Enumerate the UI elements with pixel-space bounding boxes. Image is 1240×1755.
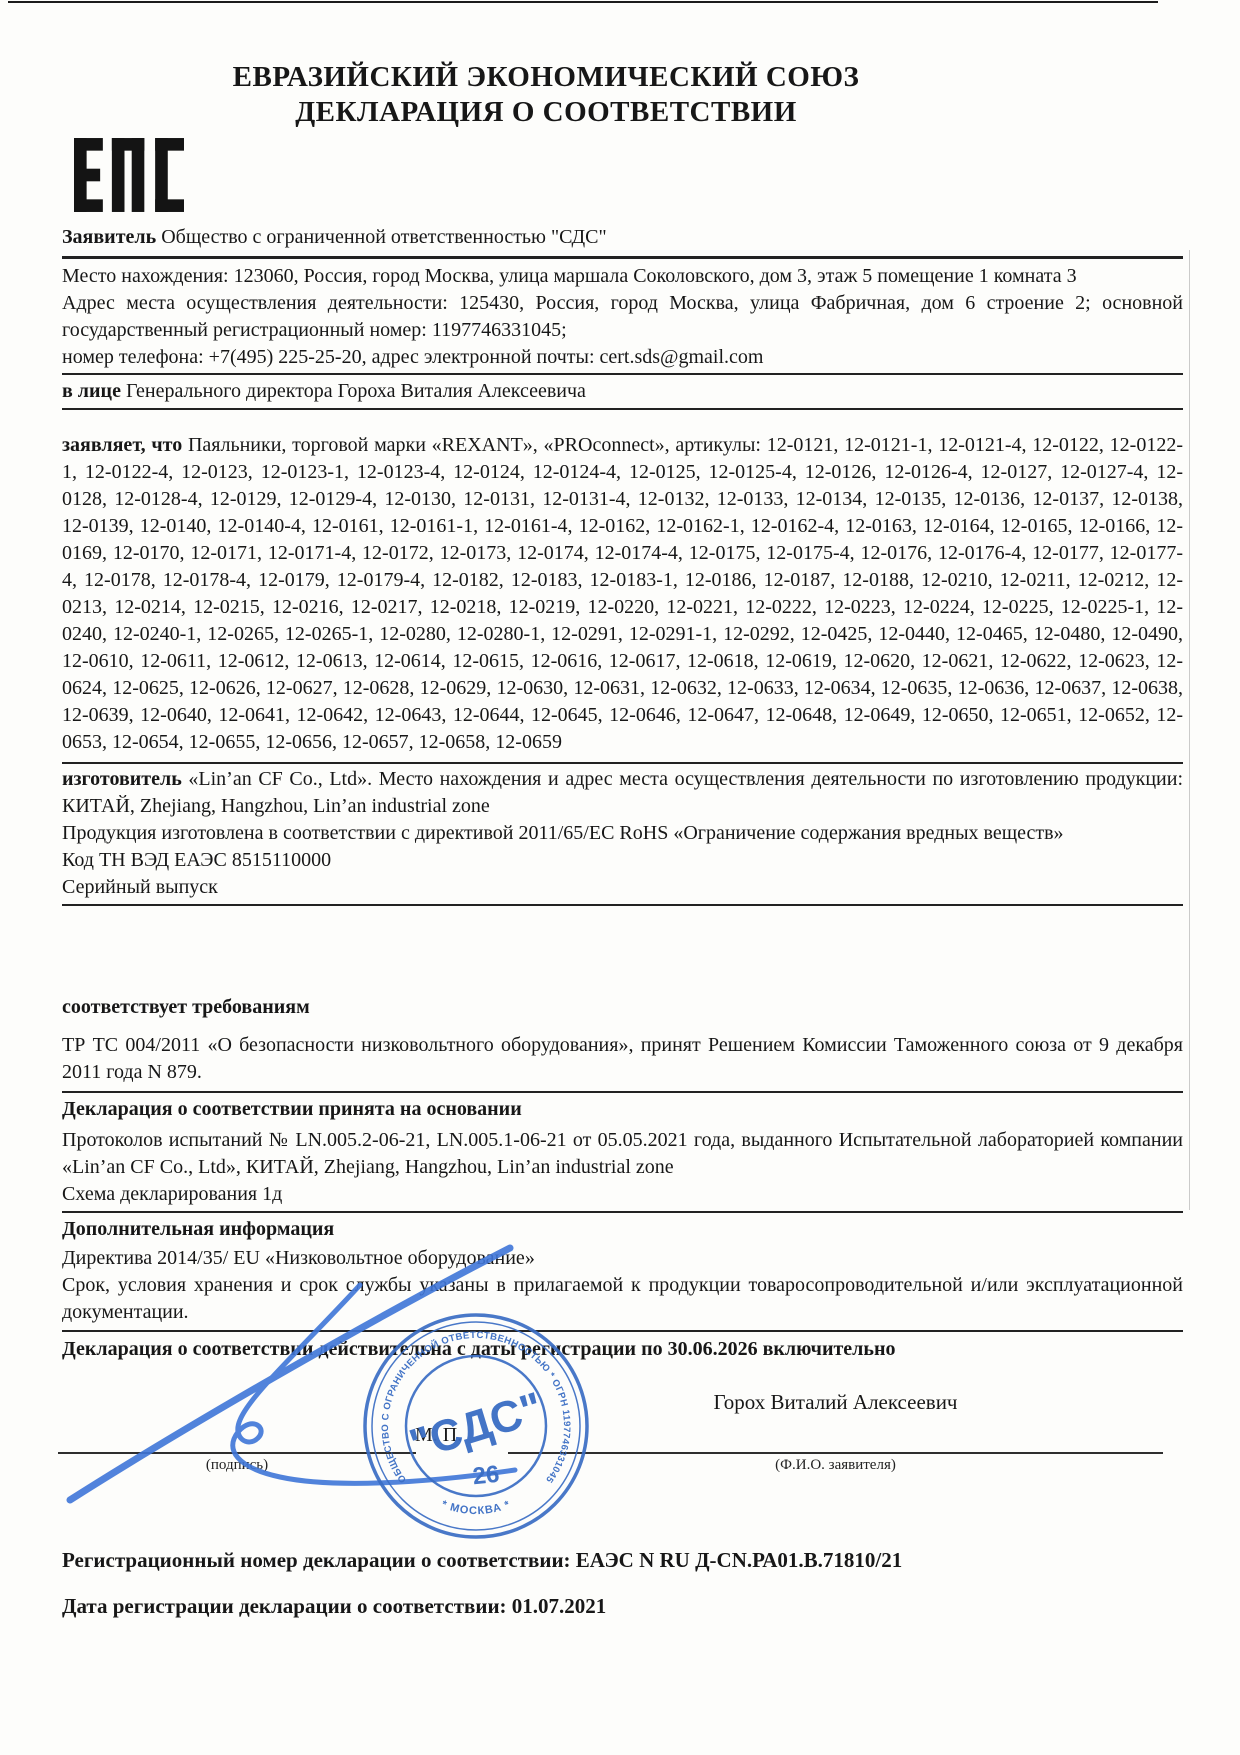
registration-footer: Регистрационный номер декларации о соотв… bbox=[62, 1548, 1183, 1619]
represented-line: в лице Генерального директора Гороха Вит… bbox=[62, 378, 1183, 405]
tnved-code-line: Код ТН ВЭД ЕАЭС 8515110000 bbox=[62, 847, 1183, 874]
applicant-phone-email: номер телефона: +7(495) 225-25-20, адрес… bbox=[62, 344, 1183, 371]
separator bbox=[62, 408, 1183, 410]
represented-value: Генерального директора Гороха Виталия Ал… bbox=[126, 380, 586, 402]
rohs-paragraph: Продукция изготовлена в соответствии с д… bbox=[62, 820, 1183, 847]
separator bbox=[62, 1091, 1183, 1093]
eac-mark-icon bbox=[74, 138, 184, 212]
scan-edge-top bbox=[8, 1, 1158, 3]
applicant-location: Место нахождения: 123060, Россия, город … bbox=[62, 263, 1183, 290]
basis-text: Протоколов испытаний № LN.005.2-06-21, L… bbox=[62, 1127, 1183, 1181]
scheme-line: Схема декларирования 1д bbox=[62, 1181, 1183, 1208]
svg-text:* МОСКВА *: * МОСКВА * bbox=[440, 1498, 513, 1517]
declares-paragraph: заявляет, что Паяльники, торговой марки … bbox=[62, 432, 1183, 756]
applicant-name: Горох Виталий Алексеевич bbox=[508, 1390, 1163, 1415]
declares-label: заявляет, что bbox=[62, 434, 182, 456]
name-area: (Ф.И.О. заявителя) bbox=[508, 1452, 1163, 1476]
name-caption: (Ф.И.О. заявителя) bbox=[775, 1457, 896, 1473]
represented-label: в лице bbox=[62, 380, 121, 402]
registration-date-line: Дата регистрации декларации о соответств… bbox=[62, 1594, 1183, 1619]
stamp-center-text: "СДС" bbox=[404, 1383, 548, 1470]
separator bbox=[62, 762, 1183, 764]
meets-header: соответствует требованиям bbox=[62, 994, 1183, 1021]
stamp-ring-text-bottom: * МОСКВА * bbox=[440, 1498, 513, 1517]
manufacturer-label: изготовитель bbox=[62, 768, 182, 790]
applicant-value: Общество с ограниченной ответственностью… bbox=[161, 226, 606, 248]
basis-header: Декларация о соответствии принята на осн… bbox=[62, 1096, 1183, 1123]
applicant-line: Заявитель Общество с ограниченной ответс… bbox=[62, 224, 1183, 251]
separator bbox=[62, 904, 1183, 906]
applicant-activity-address: Адрес места осуществления деятельности: … bbox=[62, 290, 1183, 344]
document-title: ЕВРАЗИЙСКИЙ ЭКОНОМИЧЕСКИЙ СОЮЗ ДЕКЛАРАЦИ… bbox=[62, 60, 1030, 131]
title-doc-type: ДЕКЛАРАЦИЯ О СООТВЕТСТВИИ bbox=[62, 95, 1030, 130]
stamp-number: 26 bbox=[471, 1461, 500, 1491]
applicant-label: Заявитель bbox=[62, 226, 156, 248]
manufacturer-paragraph: изготовитель «Lin’an CF Co., Ltd». Место… bbox=[62, 766, 1183, 820]
declares-articles: Паяльники, торговой марки «REXANT», «PRO… bbox=[62, 434, 1183, 753]
title-union: ЕВРАЗИЙСКИЙ ЭКОНОМИЧЕСКИЙ СОЮЗ bbox=[62, 60, 1030, 95]
declaration-document: ЕВРАЗИЙСКИЙ ЭКОНОМИЧЕСКИЙ СОЮЗ ДЕКЛАРАЦИ… bbox=[0, 0, 1240, 1755]
manufacturer-value: «Lin’an CF Co., Ltd». Место нахождения и… bbox=[62, 768, 1183, 817]
company-round-stamp: ОБЩЕСТВО С ОГРАНИЧЕННОЙ ОТВЕТСТВЕННОСТЬЮ… bbox=[356, 1306, 596, 1546]
registration-number-line: Регистрационный номер декларации о соотв… bbox=[62, 1548, 1183, 1573]
issue-type-line: Серийный выпуск bbox=[62, 874, 1183, 901]
separator bbox=[62, 256, 1183, 259]
applicant-section: Заявитель Общество с ограниченной ответс… bbox=[62, 224, 1183, 410]
scan-edge-right bbox=[1189, 250, 1190, 1210]
separator bbox=[62, 373, 1183, 375]
separator bbox=[62, 1211, 1183, 1213]
product-section: заявляет, что Паяльники, торговой марки … bbox=[62, 432, 1183, 906]
meets-text: ТР ТС 004/2011 «О безопасности низковоль… bbox=[62, 1032, 1183, 1086]
